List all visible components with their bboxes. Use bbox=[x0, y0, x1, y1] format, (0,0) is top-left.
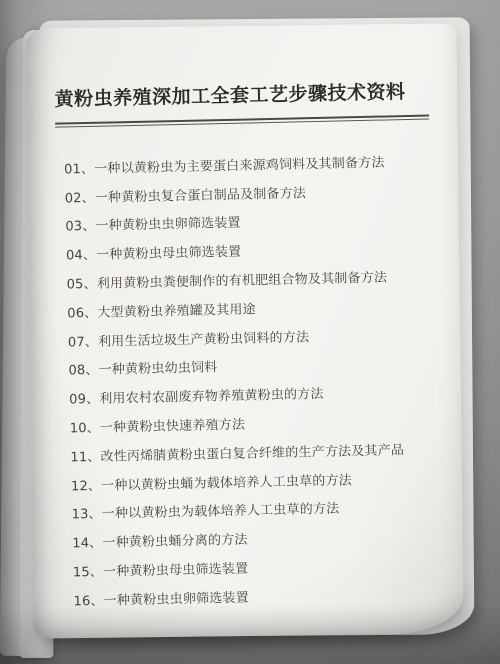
page-content: 黄粉虫养殖深加工全套工艺步骤技术资料 01、一种以黄粉虫为主要蛋白来源鸡饲料及其… bbox=[24, 21, 467, 615]
patent-list: 01、一种以黄粉虫为主要蛋白来源鸡饲料及其制备方法 02、一种黄粉虫复合蛋白制品… bbox=[56, 145, 443, 614]
title-double-underline bbox=[55, 115, 429, 128]
book-page: 黄粉虫养殖深加工全套工艺步骤技术资料 01、一种以黄粉虫为主要蛋白来源鸡饲料及其… bbox=[26, 23, 463, 638]
book-photo: 黄粉虫养殖深加工全套工艺步骤技术资料 01、一种以黄粉虫为主要蛋白来源鸡饲料及其… bbox=[0, 0, 500, 664]
page-title: 黄粉虫养殖深加工全套工艺步骤技术资料 bbox=[54, 79, 431, 111]
